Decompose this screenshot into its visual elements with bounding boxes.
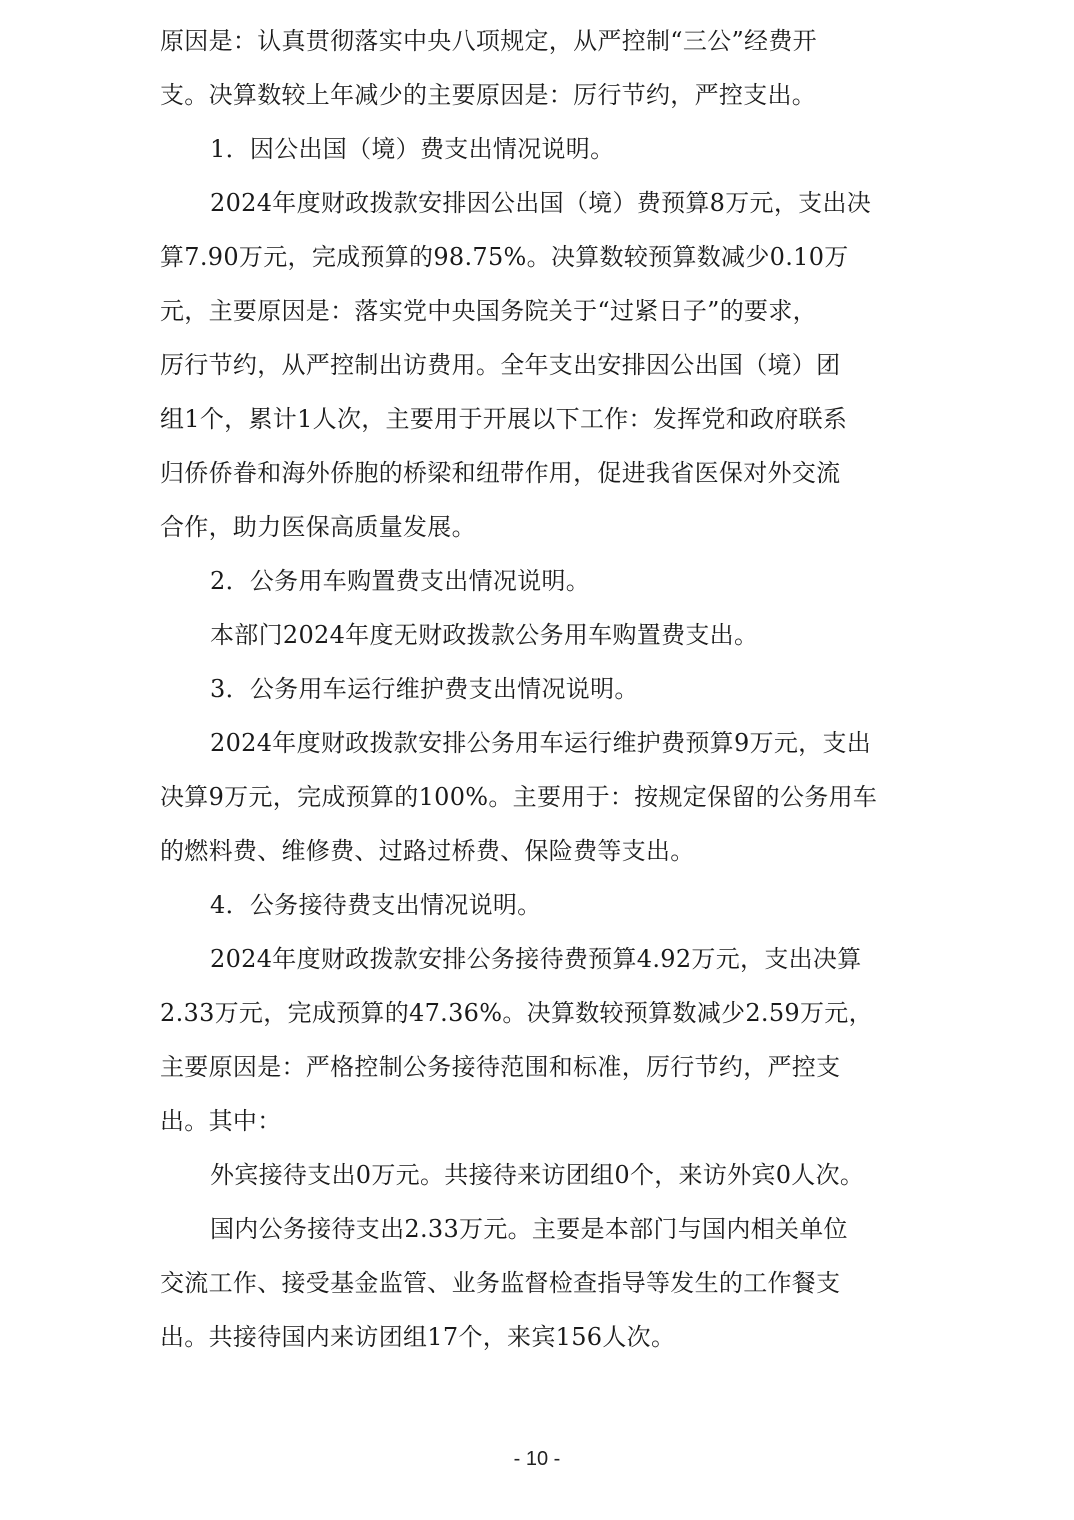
paragraph-line: 2024年度财政拨款安排公务接待费预算4.92万元，支出决算 (160, 932, 930, 986)
paragraph-line: 国内公务接待支出2.33万元。主要是本部门与国内相关单位 (160, 1202, 930, 1256)
section-heading-3: 3．公务用车运行维护费支出情况说明。 (160, 662, 930, 716)
paragraph-line: 出。共接待国内来访团组17个，来宾156人次。 (160, 1310, 930, 1364)
paragraph-line: 出。其中： (160, 1094, 930, 1148)
document-page: 原因是：认真贯彻落实中央八项规定，从严控制“三公”经费开 支。决算数较上年减少的… (160, 14, 930, 1364)
paragraph-line: 算7.90万元，完成预算的98.75%。决算数较预算数减少0.10万 (160, 230, 930, 284)
section-heading-2: 2．公务用车购置费支出情况说明。 (160, 554, 930, 608)
paragraph-line: 2024年度财政拨款安排因公出国（境）费预算8万元，支出决 (160, 176, 930, 230)
paragraph-line: 决算9万元，完成预算的100%。主要用于：按规定保留的公务用车 (160, 770, 930, 824)
section-heading-1: 1．因公出国（境）费支出情况说明。 (160, 122, 930, 176)
paragraph-line: 主要原因是：严格控制公务接待范围和标准，厉行节约，严控支 (160, 1040, 930, 1094)
page-number: - 10 - (0, 1448, 1074, 1471)
paragraph-line: 的燃料费、维修费、过路过桥费、保险费等支出。 (160, 824, 930, 878)
paragraph-line: 厉行节约，从严控制出访费用。全年支出安排因公出国（境）团 (160, 338, 930, 392)
paragraph-line: 支。决算数较上年减少的主要原因是：厉行节约，严控支出。 (160, 68, 930, 122)
paragraph-line: 2024年度财政拨款安排公务用车运行维护费预算9万元，支出 (160, 716, 930, 770)
paragraph-line: 外宾接待支出0万元。共接待来访团组0个，来访外宾0人次。 (160, 1148, 930, 1202)
paragraph-line: 原因是：认真贯彻落实中央八项规定，从严控制“三公”经费开 (160, 14, 930, 68)
section-heading-4: 4．公务接待费支出情况说明。 (160, 878, 930, 932)
paragraph-line: 合作，助力医保高质量发展。 (160, 500, 930, 554)
paragraph-line: 2.33万元，完成预算的47.36%。决算数较预算数减少2.59万元， (160, 986, 930, 1040)
paragraph-line: 本部门2024年度无财政拨款公务用车购置费支出。 (160, 608, 930, 662)
paragraph-line: 组1个，累计1人次，主要用于开展以下工作：发挥党和政府联系 (160, 392, 930, 446)
paragraph-line: 交流工作、接受基金监管、业务监督检查指导等发生的工作餐支 (160, 1256, 930, 1310)
paragraph-line: 归侨侨眷和海外侨胞的桥梁和纽带作用，促进我省医保对外交流 (160, 446, 930, 500)
paragraph-line: 元，主要原因是：落实党中央国务院关于“过紧日子”的要求， (160, 284, 930, 338)
